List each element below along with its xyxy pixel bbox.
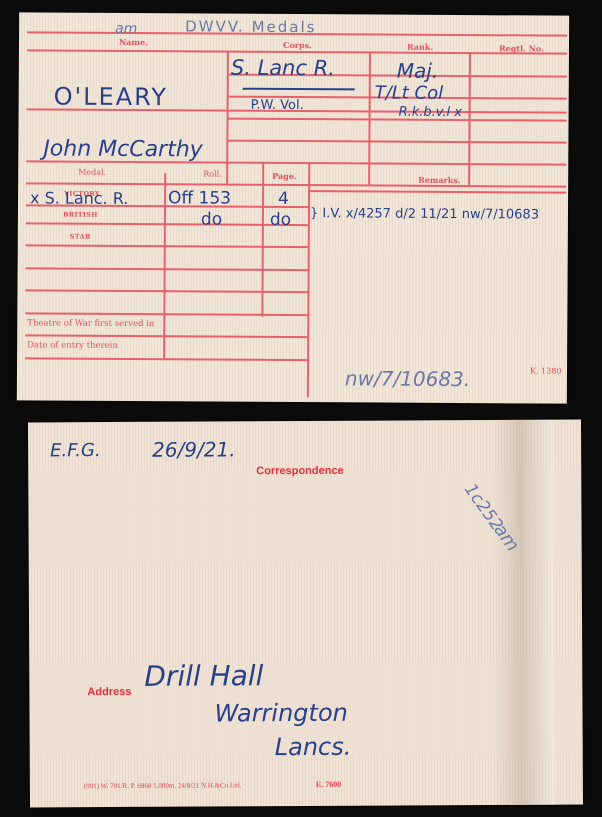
correspondence-label: Correspondence [256, 465, 343, 477]
medal-entry: x S. Lanc. R. [30, 188, 128, 208]
remarks-header: Remarks. [418, 175, 460, 185]
medal-british-label: BRITISH [63, 211, 98, 219]
ruling-line [26, 222, 308, 225]
rank-entry-2: T/Lt Col [375, 82, 444, 103]
date-entry: 26/9/21. [152, 437, 236, 461]
ruling-line [307, 162, 310, 397]
handwritten-top-annotation: DWVV. Medals [185, 17, 316, 36]
address-label: Address [87, 686, 131, 698]
ruling-line [25, 357, 307, 360]
imprint-code: E. 7600 [316, 780, 341, 789]
medal-star-label: STAR [70, 233, 91, 241]
corps-sub-entry: P.W. Vol. [251, 98, 304, 113]
ruling-line [261, 162, 263, 317]
theatre-of-war-label: Theatre of War first served in [27, 318, 154, 329]
page-entry-1: 4 [278, 189, 289, 209]
bottom-reference: nw/7/10683. [345, 366, 470, 391]
medal-index-card-back: E.F.G. 26/9/21. Correspondence 1c252 am … [28, 420, 583, 808]
ruling-line [27, 49, 567, 54]
ruling-line [25, 312, 307, 315]
corps-underline [243, 88, 355, 90]
ruling-line [163, 173, 166, 358]
page-entry-2: do [270, 210, 291, 230]
ruling-line [228, 140, 566, 144]
ruling-line [26, 182, 566, 187]
page-header: Page. [272, 171, 297, 181]
ruling-line [310, 190, 566, 193]
roll-header: Roll. [203, 169, 222, 178]
remarks-entry: } I.V. x/4257 d/2 11/21 nw/7/10683 [310, 206, 539, 222]
ruling-line [25, 289, 307, 292]
ruling-line [25, 334, 307, 337]
medal-index-card-front: Name. Corps. Rank. Regtl. No. Medal. Rol… [17, 12, 569, 403]
address-line-2: Warrington [214, 699, 347, 728]
ruling-line [229, 118, 567, 122]
medal-header: Medal. [78, 168, 106, 177]
roll-entry-2: do [201, 209, 222, 229]
printer-imprint: (991) W. 701/R. P. 6960 1,000m. 24/8/21 … [84, 781, 242, 790]
ruling-line [26, 267, 308, 270]
regtl-no-header: Regtl. No. [499, 43, 544, 53]
rank-entry-3: R.k.b.v.l x [399, 105, 463, 120]
handwritten-initial: am [115, 21, 137, 37]
surname: O'LEARY [54, 83, 168, 112]
shadow-fold [493, 420, 555, 805]
ruling-line [26, 244, 308, 247]
forenames: John McCarthy [43, 136, 203, 162]
date-of-entry-label: Date of entry therein [27, 340, 118, 351]
reference-entry: E.F.G. [50, 440, 101, 461]
rank-entry-1: Maj. [397, 59, 439, 83]
name-header: Name. [119, 37, 148, 47]
address-line-1: Drill Hall [144, 659, 263, 693]
address-line-3: Lancs. [275, 733, 352, 761]
rank-header: Rank. [407, 42, 433, 52]
roll-entry-1: Off 153 [168, 188, 231, 208]
corps-entry: S. Lanc R. [231, 56, 335, 81]
form-number: K. 1380 [530, 366, 561, 375]
corps-header: Corps. [283, 40, 312, 50]
